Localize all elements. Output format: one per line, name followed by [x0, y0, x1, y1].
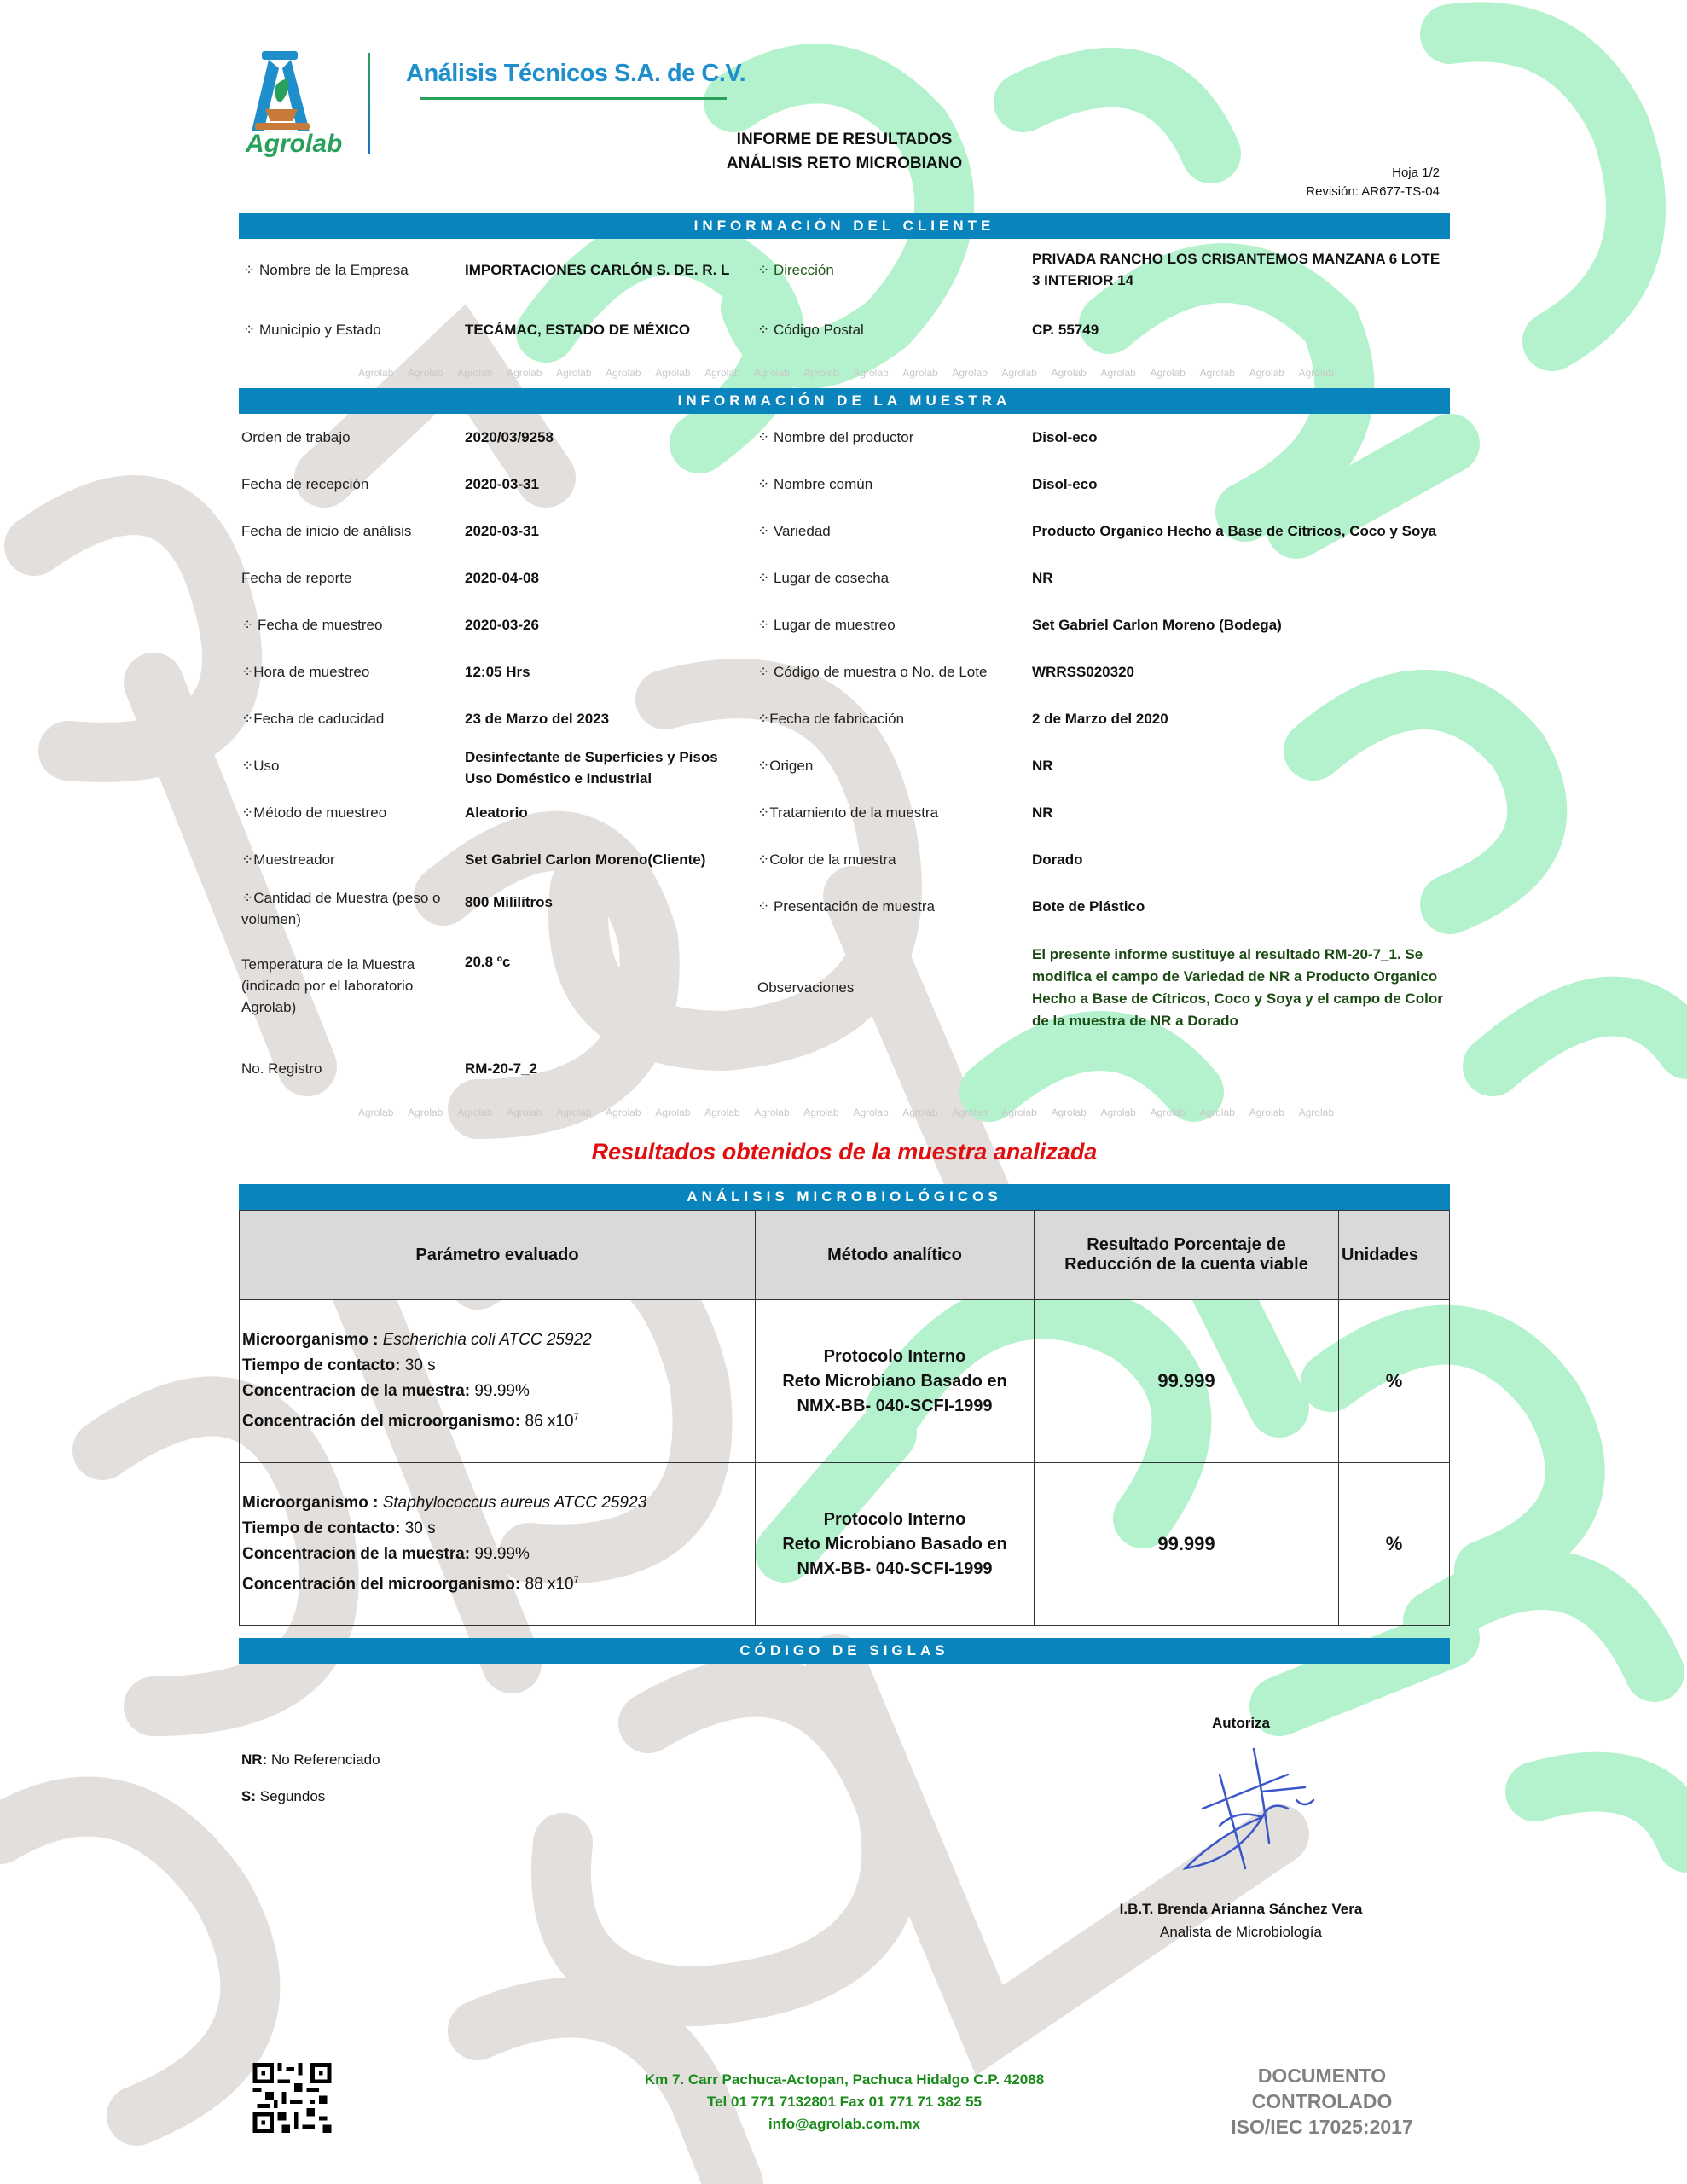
document-title: INFORME DE RESULTADOS ANÁLISIS RETO MICR…: [665, 128, 1023, 176]
method-cell: Protocolo InternoReto Microbiano Basado …: [756, 1463, 1035, 1626]
microorganism-concentration: 86 x10: [525, 1413, 574, 1431]
method-line: NMX-BB- 040-SCFI-1999: [757, 1394, 1033, 1419]
municipality-value: TECÁMAC, ESTADO DE MÉXICO: [465, 319, 690, 340]
sample-field-label: Observaciones: [757, 977, 854, 998]
sample-field-value: 2020/03/9258: [465, 427, 554, 448]
sample-field-label: ⁘Uso: [241, 755, 279, 776]
sample-field-value: Dorado: [1032, 849, 1083, 870]
sample-field-label: ⁘ Lugar de cosecha: [757, 567, 889, 589]
signer-name: I.B.T. Brenda Arianna Sánchez Vera: [1058, 1901, 1424, 1918]
sample-field-value: 2020-04-08: [465, 567, 539, 589]
lab-contact: Km 7. Carr Pachuca-Actopan, Pachuca Hida…: [580, 2069, 1109, 2135]
param-label: Concentración del microorganismo:: [242, 1576, 520, 1594]
sample-field-value: WRRSS020320: [1032, 661, 1134, 682]
column-header-result: Resultado Porcentaje de Reducción de la …: [1035, 1211, 1339, 1300]
title-line-1: INFORME DE RESULTADOS: [665, 128, 1023, 152]
code-abbr: NR:: [241, 1751, 267, 1768]
signer-role: Analista de Microbiología: [1058, 1924, 1424, 1941]
sample-field-value: El presente informe sustituye al resulta…: [1032, 944, 1450, 1032]
param-label: Microorganismo :: [242, 1331, 378, 1349]
sample-section-header: INFORMACIÓN DE LA MUESTRA: [239, 388, 1450, 414]
title-line-2: ANÁLISIS RETO MICROBIANO: [665, 152, 1023, 176]
sample-field-label: ⁘ Nombre común: [757, 473, 872, 495]
exponent: 7: [574, 1575, 579, 1585]
logo-divider: [368, 53, 370, 154]
address-label: ⁘ Dirección: [757, 259, 834, 281]
sample-field-label: ⁘ Lugar de muestreo: [757, 614, 896, 636]
sample-concentration: 99.99%: [474, 1382, 529, 1400]
contact-time: 30 s: [405, 1356, 436, 1374]
parameter-cell: Microorganismo : Staphylococcus aureus A…: [240, 1463, 756, 1626]
method-line: Reto Microbiano Basado en: [757, 1532, 1033, 1557]
sample-field-value: 2 de Marzo del 2020: [1032, 708, 1168, 729]
sample-field-value: NR: [1032, 755, 1053, 776]
microorganism-name: Escherichia coli ATCC 25922: [383, 1331, 592, 1349]
results-title: Resultados obtenidos de la muestra anali…: [239, 1139, 1450, 1165]
method-cell: Protocolo InternoReto Microbiano Basado …: [756, 1300, 1035, 1463]
sample-field-label: Fecha de recepción: [241, 473, 368, 495]
sample-field-label: ⁘Tratamiento de la muestra: [757, 802, 938, 823]
result-cell: 99.999: [1035, 1463, 1339, 1626]
authorize-label: Autoriza: [1168, 1715, 1313, 1732]
company-underline: [420, 97, 727, 100]
sample-field-label: ⁘Fecha de fabricación: [757, 708, 904, 729]
sample-field-value: 2020-03-26: [465, 614, 539, 636]
sheet-info: Hoja 1/2 Revisión: AR677-TS-04: [1306, 164, 1440, 201]
sample-field-value: NR: [1032, 567, 1053, 589]
result-cell: 99.999: [1035, 1300, 1339, 1463]
sample-field-value: Aleatorio: [465, 802, 528, 823]
cert-line: ISO/IEC 17025:2017: [1228, 2114, 1416, 2140]
table-header-row: Parámetro evaluado Método analítico Resu…: [240, 1211, 1450, 1300]
sample-field-value: Bote de Plástico: [1032, 896, 1145, 917]
sample-field-value: Desinfectante de Superficies y Pisos Uso…: [465, 746, 729, 789]
codes-section-header: CÓDIGO DE SIGLAS: [239, 1638, 1450, 1664]
sample-field-label: Temperatura de la Muestra (indicado por …: [241, 954, 450, 1018]
param-label: Concentración del microorganismo:: [242, 1413, 520, 1431]
sample-field-value: Producto Organico Hecho a Base de Cítric…: [1032, 520, 1436, 542]
company-label: ⁘ Nombre de la Empresa: [243, 259, 409, 281]
table-row: Microorganismo : Staphylococcus aureus A…: [240, 1463, 1450, 1626]
sheet-number: Hoja 1/2: [1306, 164, 1440, 183]
microorganism-name: Staphylococcus aureus ATCC 25923: [383, 1494, 646, 1512]
sample-field-label: ⁘Cantidad de Muestra (peso o volumen): [241, 887, 450, 930]
controlled-document-stamp: DOCUMENTO CONTROLADO ISO/IEC 17025:2017: [1228, 2063, 1416, 2140]
sample-field-label: ⁘ Código de muestra o No. de Lote: [757, 661, 987, 682]
param-label: Microorganismo :: [242, 1494, 378, 1512]
code-meaning: Segundos: [260, 1788, 326, 1804]
revision-code: Revisión: AR677-TS-04: [1306, 183, 1440, 201]
sample-field-label: ⁘ Fecha de muestreo: [241, 614, 382, 636]
postal-code-label: ⁘ Código Postal: [757, 319, 864, 340]
param-label: Concentracion de la muestra:: [242, 1382, 470, 1400]
code-item-s: S: Segundos: [241, 1788, 325, 1805]
postal-code-value: CP. 55749: [1032, 319, 1099, 340]
sample-field-value: 800 Mililitros: [465, 892, 553, 913]
lab-email[interactable]: info@agrolab.com.mx: [580, 2113, 1109, 2135]
report-page: Agrolab Análisis Técnicos S.A. de C.V. I…: [0, 0, 1687, 2184]
method-line: Protocolo Interno: [757, 1345, 1033, 1369]
unit-cell: %: [1339, 1300, 1450, 1463]
sample-field-value: 20.8 ºc: [465, 951, 510, 973]
sample-field-value: 2020-03-31: [465, 473, 539, 495]
parameter-cell: Microorganismo : Escherichia coli ATCC 2…: [240, 1300, 756, 1463]
method-line: NMX-BB- 040-SCFI-1999: [757, 1557, 1033, 1582]
sample-field-label: ⁘ Nombre del productor: [757, 427, 913, 448]
microbiology-band: ANÁLISIS MICROBIOLÓGICOS: [239, 1184, 1450, 1210]
cert-line: DOCUMENTO: [1228, 2063, 1416, 2088]
sample-field-value: Disol-eco: [1032, 427, 1098, 448]
sample-field-value: NR: [1032, 802, 1053, 823]
sample-field-label: Fecha de inicio de análisis: [241, 520, 411, 542]
qr-code-icon[interactable]: [252, 2063, 333, 2133]
agrolab-watermark-row: Agrolab Agrolab Agrolab Agrolab Agrolab …: [358, 1107, 1339, 1118]
sample-field-value: 2020-03-31: [465, 520, 539, 542]
sample-field-value: RM-20-7_2: [465, 1058, 537, 1079]
table-row: Microorganismo : Escherichia coli ATCC 2…: [240, 1300, 1450, 1463]
sample-field-label: ⁘ Variedad: [757, 520, 831, 542]
signature-icon: [1168, 1740, 1339, 1877]
sample-field-label: Fecha de reporte: [241, 567, 351, 589]
sample-field-label: ⁘Hora de muestreo: [241, 661, 369, 682]
unit-cell: %: [1339, 1463, 1450, 1626]
sample-concentration: 99.99%: [474, 1545, 529, 1563]
client-section-header: INFORMACIÓN DEL CLIENTE: [239, 213, 1450, 239]
contact-time: 30 s: [405, 1519, 436, 1537]
sample-field-value: 23 de Marzo del 2023: [465, 708, 609, 729]
sample-field-value: Set Gabriel Carlon Moreno (Bodega): [1032, 614, 1282, 636]
sample-field-label: ⁘ Presentación de muestra: [757, 896, 935, 917]
param-label: Concentracion de la muestra:: [242, 1545, 470, 1563]
sample-field-label: ⁘Método de muestreo: [241, 802, 386, 823]
code-meaning: No Referenciado: [271, 1751, 380, 1768]
lab-address: Km 7. Carr Pachuca-Actopan, Pachuca Hida…: [580, 2069, 1109, 2091]
sample-field-value: Set Gabriel Carlon Moreno(Cliente): [465, 849, 705, 870]
sample-field-label: ⁘Muestreador: [241, 849, 335, 870]
method-line: Reto Microbiano Basado en: [757, 1369, 1033, 1394]
company-value: IMPORTACIONES CARLÓN S. DE. R. L: [465, 259, 729, 281]
column-header-method: Método analítico: [756, 1211, 1035, 1300]
method-line: Protocolo Interno: [757, 1507, 1033, 1532]
sample-field-label: ⁘Origen: [757, 755, 813, 776]
sample-field-label: ⁘Fecha de caducidad: [241, 708, 384, 729]
sample-field-label: ⁘Color de la muestra: [757, 849, 896, 870]
sample-field-label: Orden de trabajo: [241, 427, 351, 448]
column-header-units: Unidades: [1339, 1211, 1450, 1300]
results-table: Parámetro evaluado Método analítico Resu…: [239, 1210, 1450, 1626]
cert-line: CONTROLADO: [1228, 2088, 1416, 2114]
sample-field-value: Disol-eco: [1032, 473, 1098, 495]
microorganism-concentration: 88 x10: [525, 1576, 574, 1594]
param-label: Tiempo de contacto:: [242, 1356, 400, 1374]
company-name: Análisis Técnicos S.A. de C.V.: [406, 60, 745, 88]
column-header-parameter: Parámetro evaluado: [240, 1211, 756, 1300]
code-item-nr: NR: No Referenciado: [241, 1751, 380, 1769]
logo-wordmark: Agrolab: [246, 130, 342, 159]
sample-field-value: 12:05 Hrs: [465, 661, 530, 682]
exponent: 7: [574, 1412, 579, 1422]
address-value: PRIVADA RANCHO LOS CRISANTEMOS MANZANA 6…: [1032, 248, 1450, 291]
sample-field-label: No. Registro: [241, 1058, 322, 1079]
municipality-label: ⁘ Municipio y Estado: [243, 319, 381, 340]
param-label: Tiempo de contacto:: [242, 1519, 400, 1537]
agrolab-watermark-row: Agrolab Agrolab Agrolab Agrolab Agrolab …: [358, 367, 1339, 379]
code-abbr: S:: [241, 1788, 256, 1804]
lab-phone: Tel 01 771 7132801 Fax 01 771 71 382 55: [580, 2091, 1109, 2113]
